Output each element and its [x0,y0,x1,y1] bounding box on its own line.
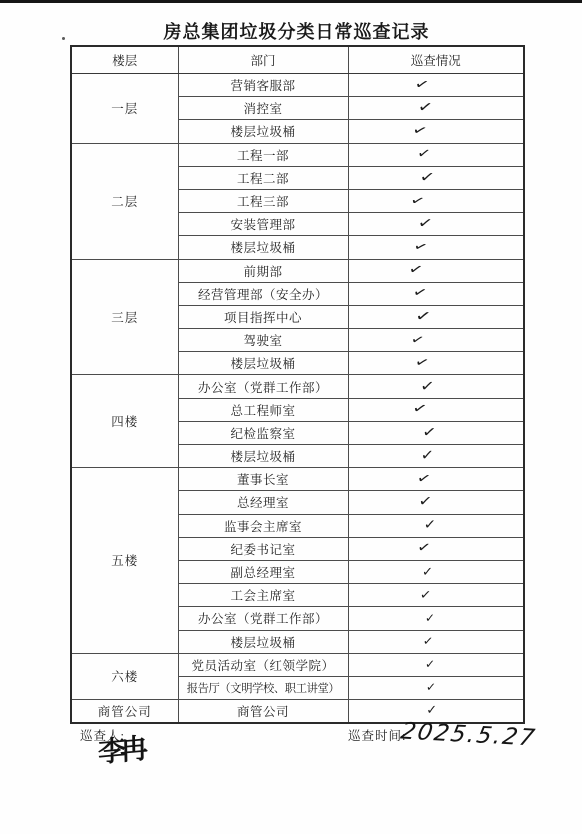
check-cell: ✓ [348,236,524,259]
table-header-row: 楼层 部门 巡查情况 [71,46,524,74]
check-cell: ✓ [348,514,524,537]
check-cell: ✓ [348,329,524,352]
table-row: 一层营销客服部✓ [71,74,524,97]
checkmark-icon: ✓ [416,146,432,162]
check-cell: ✓ [348,352,524,375]
dept-cell: 工程三部 [178,189,348,212]
dept-cell: 经营管理部（安全办） [178,282,348,305]
checkmark-icon: ✓ [410,332,426,348]
check-cell: ✓ [348,630,524,653]
check-cell: ✓ [348,560,524,583]
floor-cell: 四楼 [71,375,178,468]
dept-cell: 纪委书记室 [178,537,348,560]
dept-cell: 总经理室 [178,491,348,514]
table-row: 五楼董事长室✓ [71,468,524,491]
dept-cell: 监事会主席室 [178,514,348,537]
dept-cell: 楼层垃圾桶 [178,352,348,375]
checkmark-icon: ✓ [425,658,435,670]
floor-cell: 二层 [71,143,178,259]
check-cell: ✓ [348,700,524,723]
check-cell: ✓ [348,421,524,444]
check-cell: ✓ [348,468,524,491]
check-cell: ✓ [348,607,524,630]
checkmark-icon: ✓ [413,76,430,93]
checkmark-icon: ✓ [425,681,436,694]
checkmark-icon: ✓ [411,401,428,417]
floor-cell: 六楼 [71,653,178,699]
check-cell: ✓ [348,537,524,560]
check-cell: ✓ [348,398,524,421]
dept-cell: 前期部 [178,259,348,282]
dept-cell: 党员活动室（红领学院） [178,653,348,676]
checkmark-icon: ✓ [422,635,433,648]
checkmark-icon: ✓ [417,215,434,232]
check-cell: ✓ [348,259,524,282]
dept-cell: 项目指挥中心 [178,305,348,328]
checkmark-icon: ✓ [423,518,436,533]
checkmark-icon: ✓ [412,239,430,256]
check-cell: ✓ [348,213,524,236]
table-row: 商管公司商管公司✓ [71,700,524,723]
dept-cell: 办公室（党群工作部） [178,607,348,630]
checkmark-icon: ✓ [413,354,431,372]
checkmark-icon: ✓ [421,448,435,464]
dept-cell: 工会主席室 [178,584,348,607]
check-cell: ✓ [348,120,524,143]
dept-cell: 工程二部 [178,166,348,189]
checkmark-icon: ✓ [416,540,432,556]
dept-cell: 楼层垃圾桶 [178,236,348,259]
check-cell: ✓ [348,676,524,699]
table-row: 六楼党员活动室（红领学院）✓ [71,653,524,676]
check-cell: ✓ [348,143,524,166]
dept-cell: 楼层垃圾桶 [178,630,348,653]
check-cell: ✓ [348,375,524,398]
inspector-signature: 李冉 [98,727,143,771]
floor-cell: 五楼 [71,468,178,654]
table-row: 三层前期部✓ [71,259,524,282]
checkmark-icon: ✓ [409,193,426,209]
check-cell: ✓ [348,282,524,305]
check-cell: ✓ [348,189,524,212]
checkmark-icon: ✓ [418,494,433,510]
dept-cell: 商管公司 [178,700,348,723]
check-cell: ✓ [348,584,524,607]
col-header-dept: 部门 [178,46,348,74]
checkmark-icon: ✓ [426,704,437,717]
checkmark-icon: ✓ [415,470,432,487]
check-cell: ✓ [348,491,524,514]
check-cell: ✓ [348,445,524,468]
checkmark-icon: ✓ [417,99,434,116]
check-cell: ✓ [348,166,524,189]
check-cell: ✓ [348,305,524,328]
dept-cell: 董事长室 [178,468,348,491]
checkmark-icon: ✓ [415,308,433,325]
col-header-floor: 楼层 [71,46,178,74]
checkmark-icon: ✓ [422,424,438,441]
checkmark-icon: ✓ [419,169,436,186]
check-cell: ✓ [348,653,524,676]
scanned-document-page: 房总集团垃圾分类日常巡查记录 楼层 部门 巡查情况 一层营销客服部✓消控室✓楼层… [0,0,582,834]
check-cell: ✓ [348,74,524,97]
dept-cell: 楼层垃圾桶 [178,445,348,468]
dept-cell: 工程一部 [178,143,348,166]
floor-cell: 三层 [71,259,178,375]
col-header-status: 巡查情况 [348,46,524,74]
check-cell: ✓ [348,97,524,120]
dept-cell: 营销客服部 [178,74,348,97]
page-title: 房总集团垃圾分类日常巡查记录 [70,18,523,44]
dept-cell: 安装管理部 [178,213,348,236]
checkmark-icon: ✓ [419,588,432,602]
checkmark-icon: ✓ [410,122,429,140]
dept-cell: 办公室（党群工作部） [178,375,348,398]
dept-cell: 总工程师室 [178,398,348,421]
table-row: 四楼办公室（党群工作部）✓ [71,375,524,398]
dept-cell: 楼层垃圾桶 [178,120,348,143]
dept-cell: 副总经理室 [178,560,348,583]
inspection-table-body: 一层营销客服部✓消控室✓楼层垃圾桶✓二层工程一部✓工程二部✓工程三部✓安装管理部… [71,74,524,723]
table-row: 二层工程一部✓ [71,143,524,166]
floor-cell: 商管公司 [71,700,178,723]
dept-cell: 纪检监察室 [178,421,348,444]
dept-cell: 驾驶室 [178,329,348,352]
floor-cell: 一层 [71,74,178,144]
scan-artifact-dot [62,37,65,40]
dept-cell: 消控室 [178,97,348,120]
inspection-table: 楼层 部门 巡查情况 一层营销客服部✓消控室✓楼层垃圾桶✓二层工程一部✓工程二部… [70,45,525,724]
checkmark-icon: ✓ [422,565,433,578]
checkmark-icon: ✓ [407,262,424,279]
dept-cell: 报告厅（文明学校、职工讲堂） [178,676,348,699]
checkmark-icon: ✓ [425,612,435,624]
inspection-time-label: 巡查时间: [348,726,406,744]
scan-artifact-line [0,0,582,3]
checkmark-icon: ✓ [420,378,436,394]
checkmark-icon: ✓ [411,285,428,302]
